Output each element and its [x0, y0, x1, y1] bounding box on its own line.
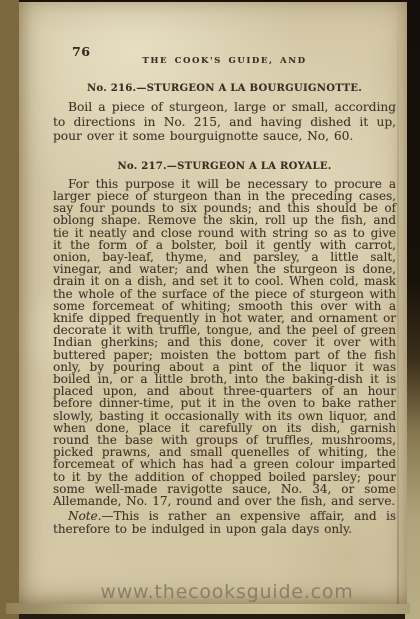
recipe-section-216: No. 216.—STURGEON A LA BOURGUIGNOTTE. Bo… — [53, 83, 396, 144]
page-header: 76 THE COOK'S GUIDE, AND — [53, 48, 396, 62]
book-page-edges-right — [405, 0, 420, 619]
recipe-section-217: No. 217.—STURGEON A LA ROYALE. For this … — [53, 161, 396, 507]
book-page: 76 THE COOK'S GUIDE, AND No. 216.—STURGE… — [19, 2, 407, 604]
note-text: —This is rather an expensive affair, and… — [53, 509, 396, 536]
note-paragraph: Note.—This is rather an expensive affair… — [53, 510, 396, 536]
book-page-edges-bottom — [6, 603, 410, 614]
recipe-body: Boil a piece of sturgeon, large or small… — [53, 100, 396, 144]
running-header: THE COOK'S GUIDE, AND — [142, 56, 306, 66]
recipe-heading: No. 216.—STURGEON A LA BOURGUIGNOTTE. — [53, 83, 396, 94]
watermark: www.thecooksguide.com — [100, 581, 353, 603]
scanned-book-page: 76 THE COOK'S GUIDE, AND No. 216.—STURGE… — [0, 0, 420, 619]
recipe-heading: No. 217.—STURGEON A LA ROYALE. — [53, 161, 396, 172]
page-crease — [397, 2, 399, 604]
page-number: 76 — [72, 44, 90, 59]
recipe-body: For this purpose it will be necessary to… — [53, 178, 396, 507]
book-page-edges-left — [0, 0, 19, 619]
